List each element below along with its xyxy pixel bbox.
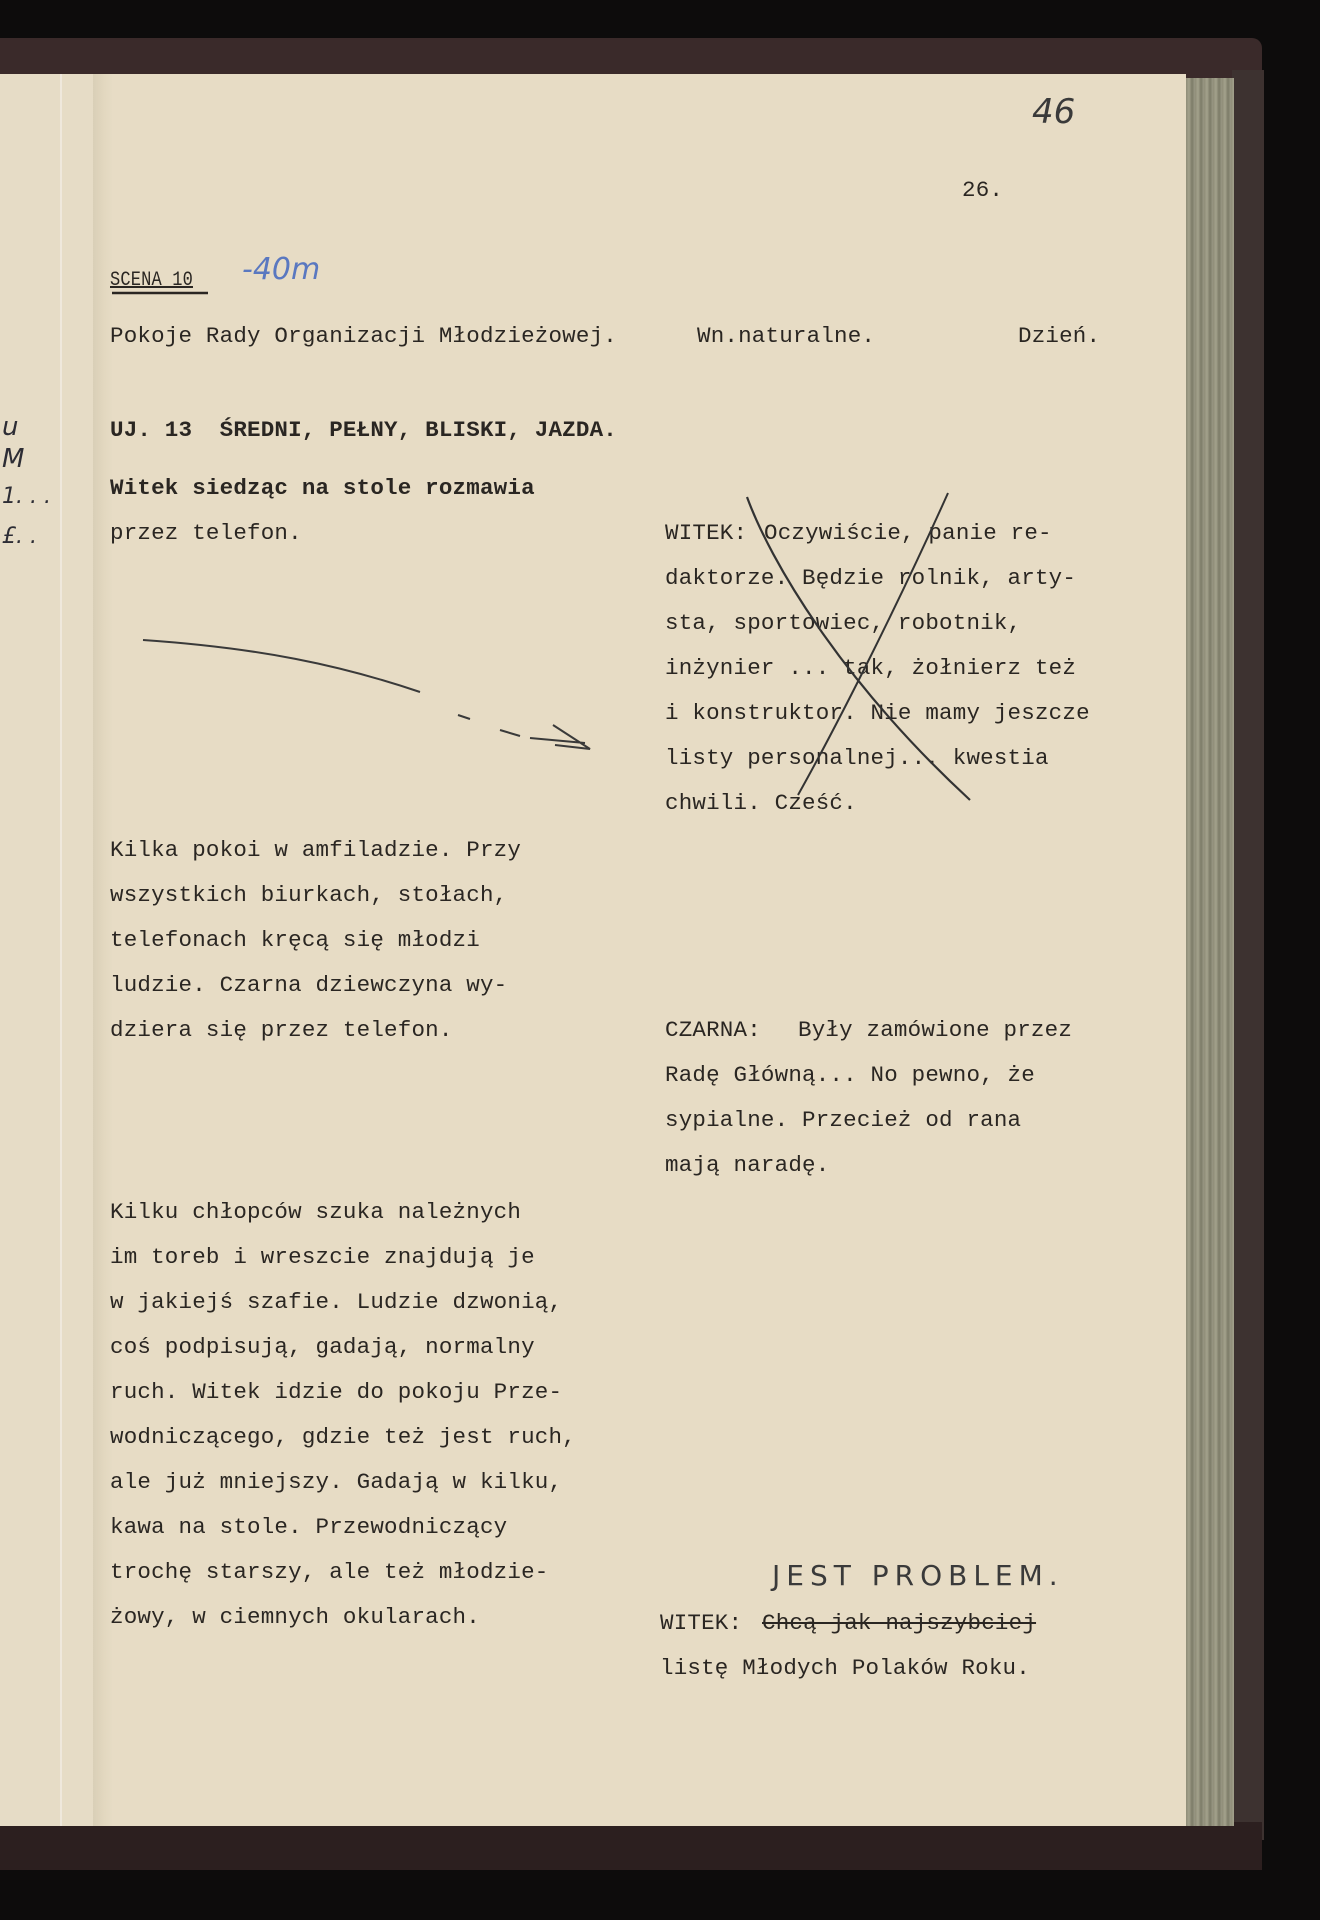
margin-note-3: 1. . . [2,484,51,509]
dialogue-line: sta, sportowiec, robotnik, [665,601,1021,646]
margin-note-2: M [2,444,24,474]
dialogue-line: Oczywiście, panie re- [764,511,1052,556]
dialogue-line: listy personalnej... kwestia [665,736,1049,781]
action-line: ruch. Witek idzie do pokoju Prze- [110,1370,562,1415]
script-page: 46 26. SCENA 10 -40m Pokoje Rady Organiz… [112,74,1186,1826]
dialogue-line: Były zamówione przez [798,1008,1072,1053]
typed-page-number: 26. [962,168,1003,213]
handwritten-insert: JEST PROBLEM. [772,1559,1064,1592]
struck-dialogue: Chcą jak najszybciej [762,1601,1036,1646]
action-line: Kilka pokoi w amfiladzie. Przy [110,828,521,873]
book-cover-top [0,38,1262,78]
location-line: Pokoje Rady Organizacji Młodzieżowej. [110,314,617,359]
action-line: kawa na stole. Przewodniczący [110,1505,507,1550]
action-line: ale już mniejszy. Gadają w kilku, [110,1460,562,1505]
speaker-label: WITEK: [660,1601,742,1646]
dialogue-line: chwili. Cześć. [665,781,857,826]
left-page-fold [60,74,62,1826]
margin-note-1: u [2,412,18,442]
action-line: ludzie. Czarna dziewczyna wy- [110,963,507,1008]
shot-description: UJ. 13 ŚREDNI, PEŁNY, BLISKI, JAZDA. [110,408,617,453]
book-cover-bottom [0,1822,1262,1870]
action-line: w jakiejś szafie. Ludzie dzwonią, [110,1280,562,1325]
action-line: trochę starszy, ale też młodzie- [110,1550,548,1595]
dialogue-line: listę Młodych Polaków Roku. [660,1646,1030,1691]
time-of-day: Dzień. [1018,314,1100,359]
setting-line: Wn.naturalne. [697,314,875,359]
dialogue-line: i konstruktor. Nie mamy jeszcze [665,691,1090,736]
action-line: telefonach kręcą się młodzi [110,918,480,963]
action-line: żowy, w ciemnych okularach. [110,1595,480,1640]
speaker-label: WITEK: [665,511,747,556]
scene-duration-note: -40m [242,252,320,287]
action-line: im toreb i wreszcie znajdują je [110,1235,535,1280]
dialogue-line: inżynier ... tak, żołnierz też [665,646,1076,691]
dialogue-line: daktorze. Będzie rolnik, arty- [665,556,1076,601]
action-line: przez telefon. [110,511,302,556]
action-line: Witek siedząc na stole rozmawia [110,466,535,511]
left-page: u M 1. . . £. . [0,74,93,1826]
action-line: wodniczącego, gdzie też jest ruch, [110,1415,576,1460]
scene-heading: SCENA 10 [110,258,193,303]
handwritten-page-number: 46 [1032,92,1075,132]
dialogue-line: mają naradę. [665,1143,829,1188]
speaker-label: CZARNA: [665,1008,761,1053]
action-line: wszystkich biurkach, stołach, [110,873,507,918]
margin-note-4: £. . [2,524,37,549]
action-line: dziera się przez telefon. [110,1008,453,1053]
action-line: Kilku chłopców szuka należnych [110,1190,521,1235]
dialogue-line: sypialne. Przecież od rana [665,1098,1021,1143]
page-stack-edge [1186,78,1234,1826]
action-line: coś podpisują, gadają, normalny [110,1325,535,1370]
book-cover-right [1232,70,1264,1840]
dialogue-line: Radę Główną... No pewno, że [665,1053,1035,1098]
